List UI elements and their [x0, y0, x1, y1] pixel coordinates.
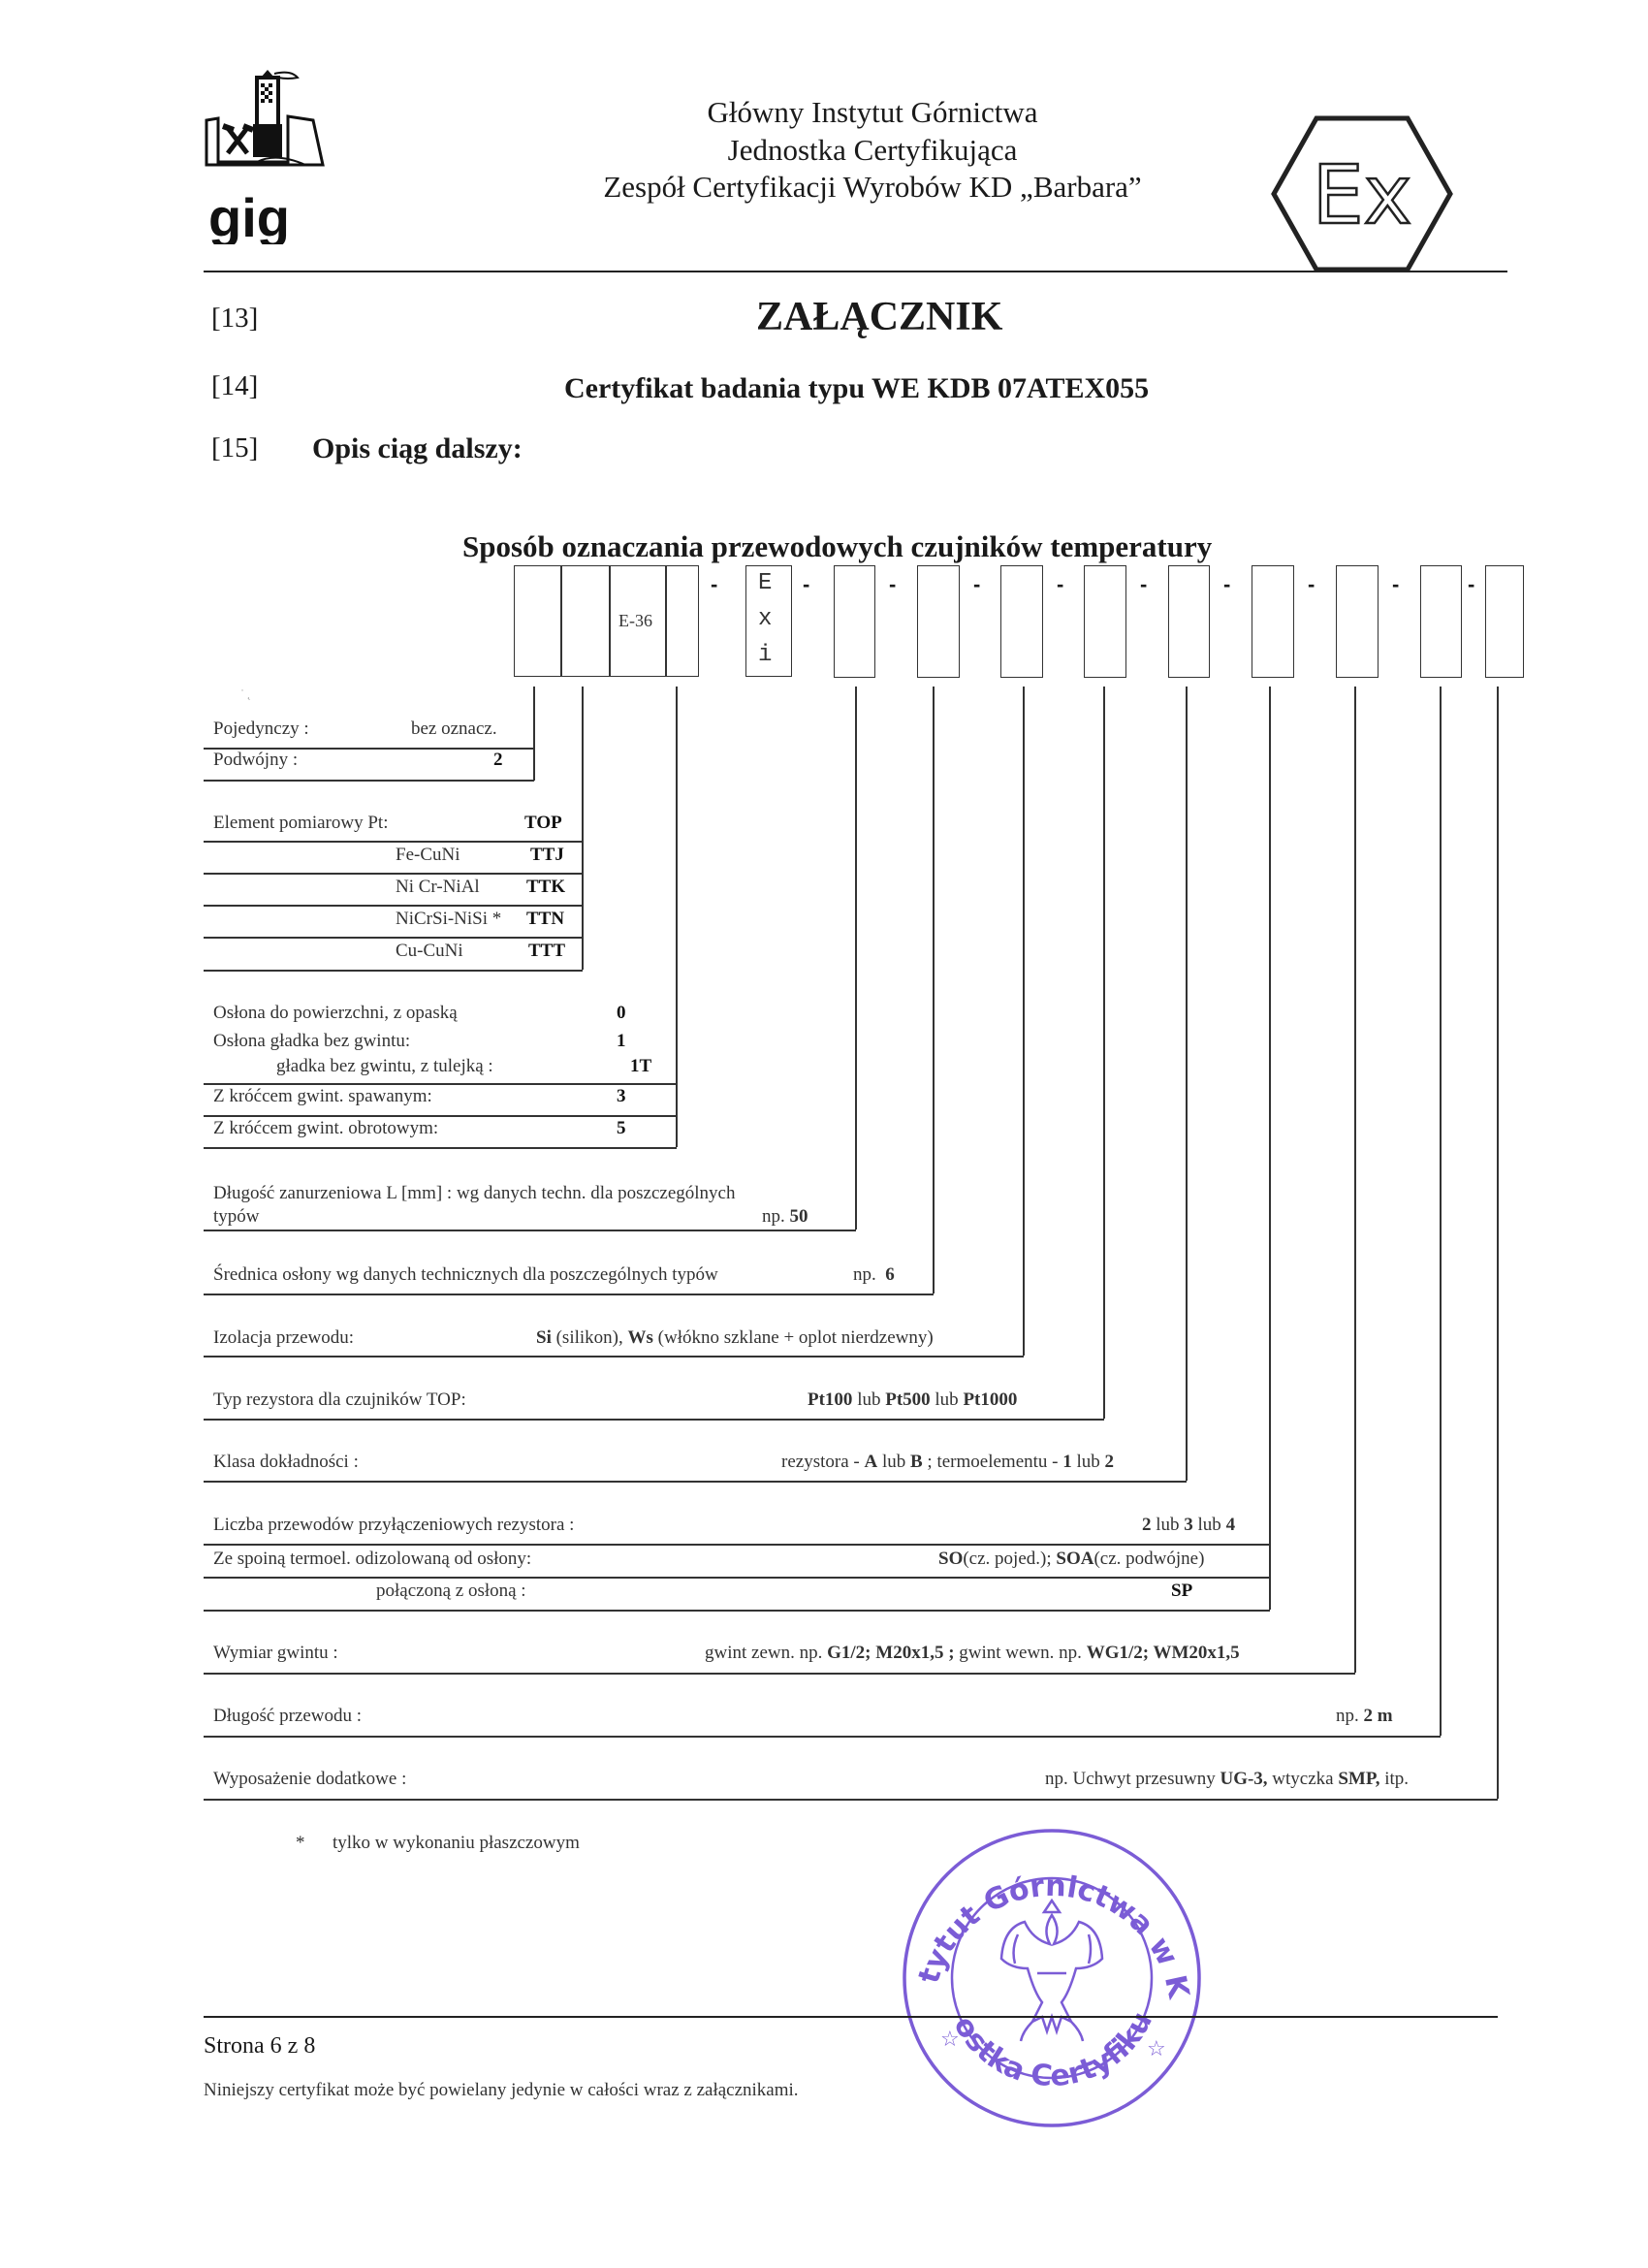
- connector-line: [676, 687, 678, 1147]
- grounded-junction-value: SP: [1171, 1581, 1192, 1602]
- insulation-label: Izolacja przewodu:: [213, 1327, 354, 1349]
- double-label: Podwójny :: [213, 750, 298, 771]
- accessories-label: Wyposażenie dodatkowe :: [213, 1769, 406, 1790]
- connector-line: [933, 687, 935, 1294]
- footnote-mark: *: [296, 1833, 305, 1854]
- svg-text:☆: ☆: [940, 2028, 960, 2052]
- element-pt-value: TOP: [524, 813, 562, 834]
- row-rule: [204, 937, 583, 939]
- footnote-text: tylko w wykonaniu płaszczowym: [333, 1833, 580, 1854]
- shield-sleeve-value: 1T: [630, 1056, 651, 1077]
- separator: -: [803, 572, 809, 597]
- row-rule: [204, 1610, 1270, 1612]
- separator: -: [1140, 572, 1147, 597]
- row-rule: [204, 1736, 1441, 1738]
- code-box-divider: [665, 565, 667, 677]
- single-label: Pojedynczy :: [213, 719, 309, 740]
- row-rule: [204, 905, 583, 907]
- accuracy-class-value: rezystora - A lub B ; termoelementu - 1 …: [781, 1452, 1114, 1473]
- code-box-5: [1168, 565, 1210, 678]
- separator: -: [1223, 572, 1230, 597]
- shield-surface-label: Osłona do powierzchni, z opaską: [213, 1003, 458, 1024]
- connector-line: [582, 687, 584, 970]
- connector-line: [855, 687, 857, 1230]
- row-rule: [204, 1673, 1355, 1675]
- gig-logo-icon: gig: [199, 70, 330, 244]
- exi-letter-i: i: [758, 642, 772, 668]
- diameter-label: Średnica osłony wg danych technicznych d…: [213, 1264, 718, 1286]
- immersion-length-value: np. 50: [762, 1206, 808, 1228]
- accessories-value: np. Uchwyt przesuwny UG-3, wtyczka SMP, …: [1045, 1769, 1409, 1790]
- row-rule: [204, 780, 534, 782]
- double-value: 2: [493, 750, 503, 771]
- copy-notice: Niniejszy certyfikat może być powielany …: [204, 2080, 799, 2101]
- resistor-type-value: Pt100 lub Pt500 lub Pt1000: [808, 1390, 1017, 1411]
- rotary-nipple-value: 5: [617, 1118, 626, 1139]
- shield-smooth-value: 1: [617, 1031, 626, 1052]
- wire-count-value: 2 lub 3 lub 4: [1142, 1515, 1235, 1536]
- diameter-value: np. 6: [853, 1264, 895, 1286]
- code-box-3: [1000, 565, 1043, 678]
- code-box-4: [1084, 565, 1126, 678]
- code-box-divider: [609, 565, 611, 677]
- svg-text:☆: ☆: [1147, 2037, 1166, 2061]
- row-rule: [204, 970, 583, 972]
- row-rule: [204, 1115, 677, 1117]
- row-rule: [204, 841, 583, 843]
- official-stamp-icon: Główny Instytut Górnictwa w Katowicach J…: [897, 1823, 1207, 2133]
- row-rule: [204, 1230, 856, 1231]
- connector-line: [1103, 687, 1105, 1419]
- page-number: Strona 6 z 8: [204, 2033, 315, 2060]
- row-rule: [204, 1419, 1104, 1421]
- separator: -: [1468, 572, 1474, 597]
- scan-speck: ˙ ˛: [240, 687, 251, 701]
- connector-line: [1497, 687, 1499, 1799]
- exi-letter-e: E: [758, 570, 772, 596]
- field-15-number: [15]: [211, 432, 258, 464]
- accuracy-class-label: Klasa dokładności :: [213, 1452, 359, 1473]
- separator: -: [889, 572, 896, 597]
- thread-size-label: Wymiar gwintu :: [213, 1643, 338, 1664]
- insulated-junction-value: SO(cz. pojed.); SOA(cz. podwójne): [938, 1549, 1204, 1570]
- certificate-number: Certyfikat badania typu WE KDB 07ATEX055: [564, 372, 1149, 405]
- welded-nipple-label: Z króćcem gwint. spawanym:: [213, 1086, 432, 1107]
- thread-size-value: gwint zewn. np. G1/2; M20x1,5 ; gwint we…: [705, 1643, 1240, 1664]
- code-box-e36: E-36: [618, 611, 652, 631]
- connector-line: [533, 687, 535, 781]
- separator: -: [1057, 572, 1063, 597]
- immersion-length-label: Długość zanurzeniowa L [mm] : wg danych …: [213, 1183, 736, 1204]
- row-rule: [204, 1577, 1270, 1579]
- row-rule: [204, 1544, 1270, 1546]
- header-institute: Główny Instytut Górnictwa: [485, 97, 1260, 127]
- separator: -: [1392, 572, 1399, 597]
- rotary-nipple-label: Z króćcem gwint. obrotowym:: [213, 1118, 438, 1139]
- connector-line: [1186, 687, 1188, 1481]
- nicrsi-value: TTN: [526, 909, 564, 930]
- insulated-junction-label: Ze spoiną termoel. odizolowaną od osłony…: [213, 1549, 531, 1570]
- svg-text:gig: gig: [208, 187, 290, 244]
- cable-length-value: np. 2 m: [1336, 1706, 1393, 1727]
- resistor-type-label: Typ rezystora dla czujników TOP:: [213, 1390, 466, 1411]
- cucuni-label: Cu-CuNi: [396, 941, 463, 962]
- cucuni-value: TTT: [528, 941, 565, 962]
- nicrsi-label: NiCrSi-NiSi *: [396, 909, 501, 930]
- code-box-8: [1420, 565, 1462, 678]
- shield-sleeve-label: gładka bez gwintu, z tulejką :: [276, 1056, 493, 1077]
- grounded-junction-label: połączoną z osłoną :: [376, 1581, 526, 1602]
- header-divider: [204, 271, 1507, 272]
- exi-letter-x: x: [758, 606, 772, 632]
- code-box-1: [834, 565, 875, 678]
- ex-hexagon-icon: Ex: [1270, 114, 1454, 274]
- connector-line: [1023, 687, 1025, 1356]
- connector-line: [1354, 687, 1356, 1673]
- insulation-value: Si (silikon), Ws (włókno szklane + oplot…: [536, 1327, 934, 1349]
- footer-divider: [204, 2016, 1498, 2018]
- header-unit: Jednostka Certyfikująca: [485, 135, 1260, 165]
- row-rule: [204, 1481, 1187, 1483]
- row-rule: [204, 1147, 677, 1149]
- separator: -: [711, 572, 717, 597]
- fecuni-value: TTJ: [530, 845, 564, 866]
- wire-count-label: Liczba przewodów przyłączeniowych rezyst…: [213, 1515, 574, 1536]
- row-rule: [204, 1356, 1024, 1358]
- cable-length-label: Długość przewodu :: [213, 1706, 362, 1727]
- element-pt-label: Element pomiarowy Pt:: [213, 813, 388, 834]
- header-team: Zespół Certyfikacji Wyrobów KD „Barbara”: [485, 172, 1260, 202]
- code-box-9: [1485, 565, 1524, 678]
- description-continued: Opis ciąg dalszy:: [312, 432, 523, 465]
- shield-smooth-label: Osłona gładka bez gwintu:: [213, 1031, 410, 1052]
- welded-nipple-value: 3: [617, 1086, 626, 1107]
- code-box-7: [1336, 565, 1379, 678]
- fecuni-label: Fe-CuNi: [396, 845, 460, 866]
- diagram-title: Sposób oznaczania przewodowych czujników…: [462, 529, 1212, 564]
- row-rule: [204, 1294, 934, 1295]
- connector-line: [1269, 687, 1271, 1610]
- row-rule: [204, 1799, 1498, 1801]
- field-14-number: [14]: [211, 370, 258, 402]
- code-box-main: [514, 565, 699, 677]
- connector-line: [1440, 687, 1442, 1736]
- code-box-2: [917, 565, 960, 678]
- nicrnial-label: Ni Cr-NiAl: [396, 877, 480, 898]
- row-rule: [204, 873, 583, 875]
- single-value: bez oznacz.: [411, 719, 497, 740]
- svg-text:Ex: Ex: [1313, 147, 1412, 242]
- code-box-6: [1252, 565, 1294, 678]
- separator: -: [1308, 572, 1315, 597]
- annex-title: ZAŁĄCZNIK: [756, 294, 1002, 340]
- shield-surface-value: 0: [617, 1003, 626, 1024]
- immersion-length-label-2: typów: [213, 1206, 260, 1228]
- row-rule: [204, 1083, 677, 1085]
- nicrnial-value: TTK: [526, 877, 565, 898]
- code-box-divider: [560, 565, 562, 677]
- separator: -: [973, 572, 980, 597]
- field-13-number: [13]: [211, 303, 258, 335]
